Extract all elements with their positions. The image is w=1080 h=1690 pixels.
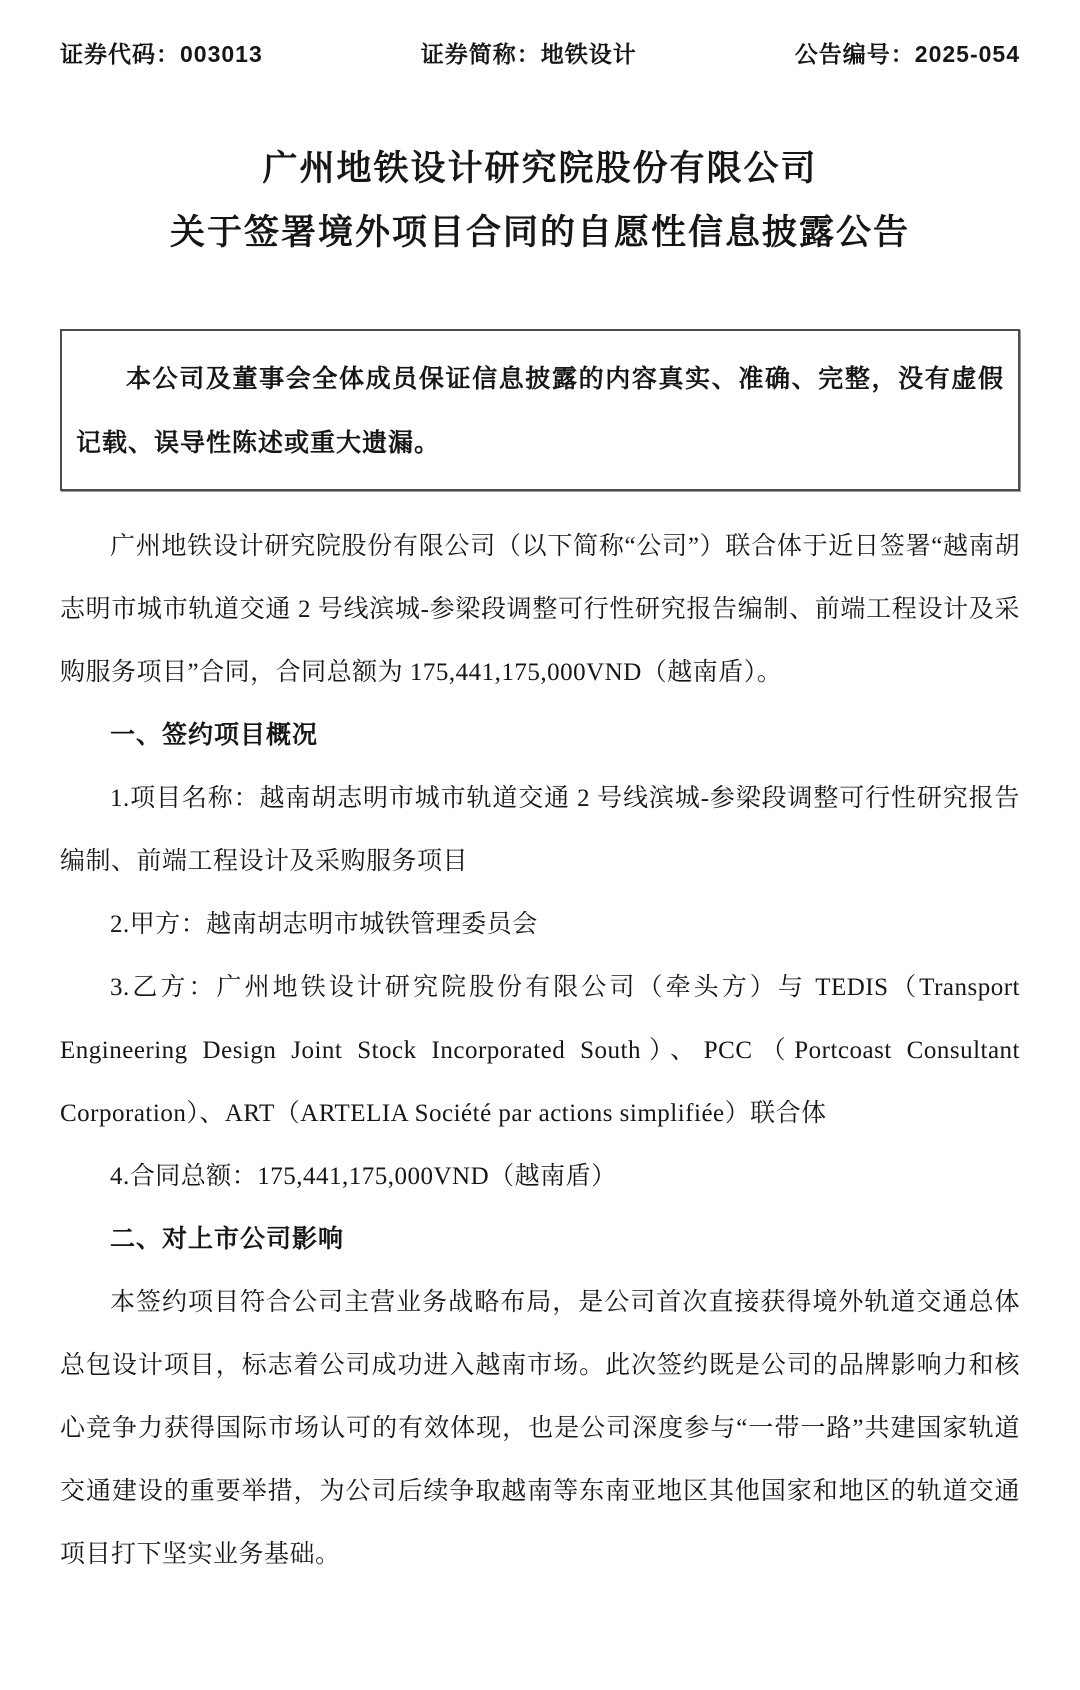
section-1-item-project-name: 1.项目名称：越南胡志明市城市轨道交通 2 号线滨城-参梁段调整可行性研究报告编… bbox=[60, 767, 1020, 893]
title-line-1: 广州地铁设计研究院股份有限公司 bbox=[60, 137, 1020, 201]
disclaimer-text: 本公司及董事会全体成员保证信息披露的内容真实、准确、完整，没有虚假记载、误导性陈… bbox=[76, 347, 1004, 475]
stock-code: 证券代码：003013 bbox=[60, 36, 263, 69]
section-2-paragraph: 本签约项目符合公司主营业务战略布局，是公司首次直接获得境外轨道交通总体总包设计项… bbox=[60, 1271, 1020, 1586]
announcement-number: 公告编号：2025-054 bbox=[795, 36, 1020, 69]
disclaimer-box: 本公司及董事会全体成员保证信息披露的内容真实、准确、完整，没有虚假记载、误导性陈… bbox=[60, 329, 1020, 491]
section-2-heading: 二、对上市公司影响 bbox=[60, 1208, 1020, 1271]
document-body: 广州地铁设计研究院股份有限公司（以下简称“公司”）联合体于近日签署“越南胡志明市… bbox=[60, 515, 1020, 1586]
section-1-item-party-b: 3.乙方：广州地铁设计研究院股份有限公司（牵头方）与 TEDIS（Transpo… bbox=[60, 956, 1020, 1145]
document-header: 证券代码：003013 证券简称：地铁设计 公告编号：2025-054 bbox=[60, 36, 1020, 69]
document-title: 广州地铁设计研究院股份有限公司 关于签署境外项目合同的自愿性信息披露公告 bbox=[60, 137, 1020, 265]
section-1-item-contract-amount: 4.合同总额：175,441,175,000VND（越南盾） bbox=[60, 1145, 1020, 1208]
intro-paragraph: 广州地铁设计研究院股份有限公司（以下简称“公司”）联合体于近日签署“越南胡志明市… bbox=[60, 515, 1020, 704]
section-1-item-party-a: 2.甲方：越南胡志明市城铁管理委员会 bbox=[60, 893, 1020, 956]
title-line-2: 关于签署境外项目合同的自愿性信息披露公告 bbox=[60, 201, 1020, 265]
section-1-heading: 一、签约项目概况 bbox=[60, 704, 1020, 767]
announcement-document: 证券代码：003013 证券简称：地铁设计 公告编号：2025-054 广州地铁… bbox=[0, 0, 1080, 1690]
stock-short-name: 证券简称：地铁设计 bbox=[421, 36, 637, 69]
